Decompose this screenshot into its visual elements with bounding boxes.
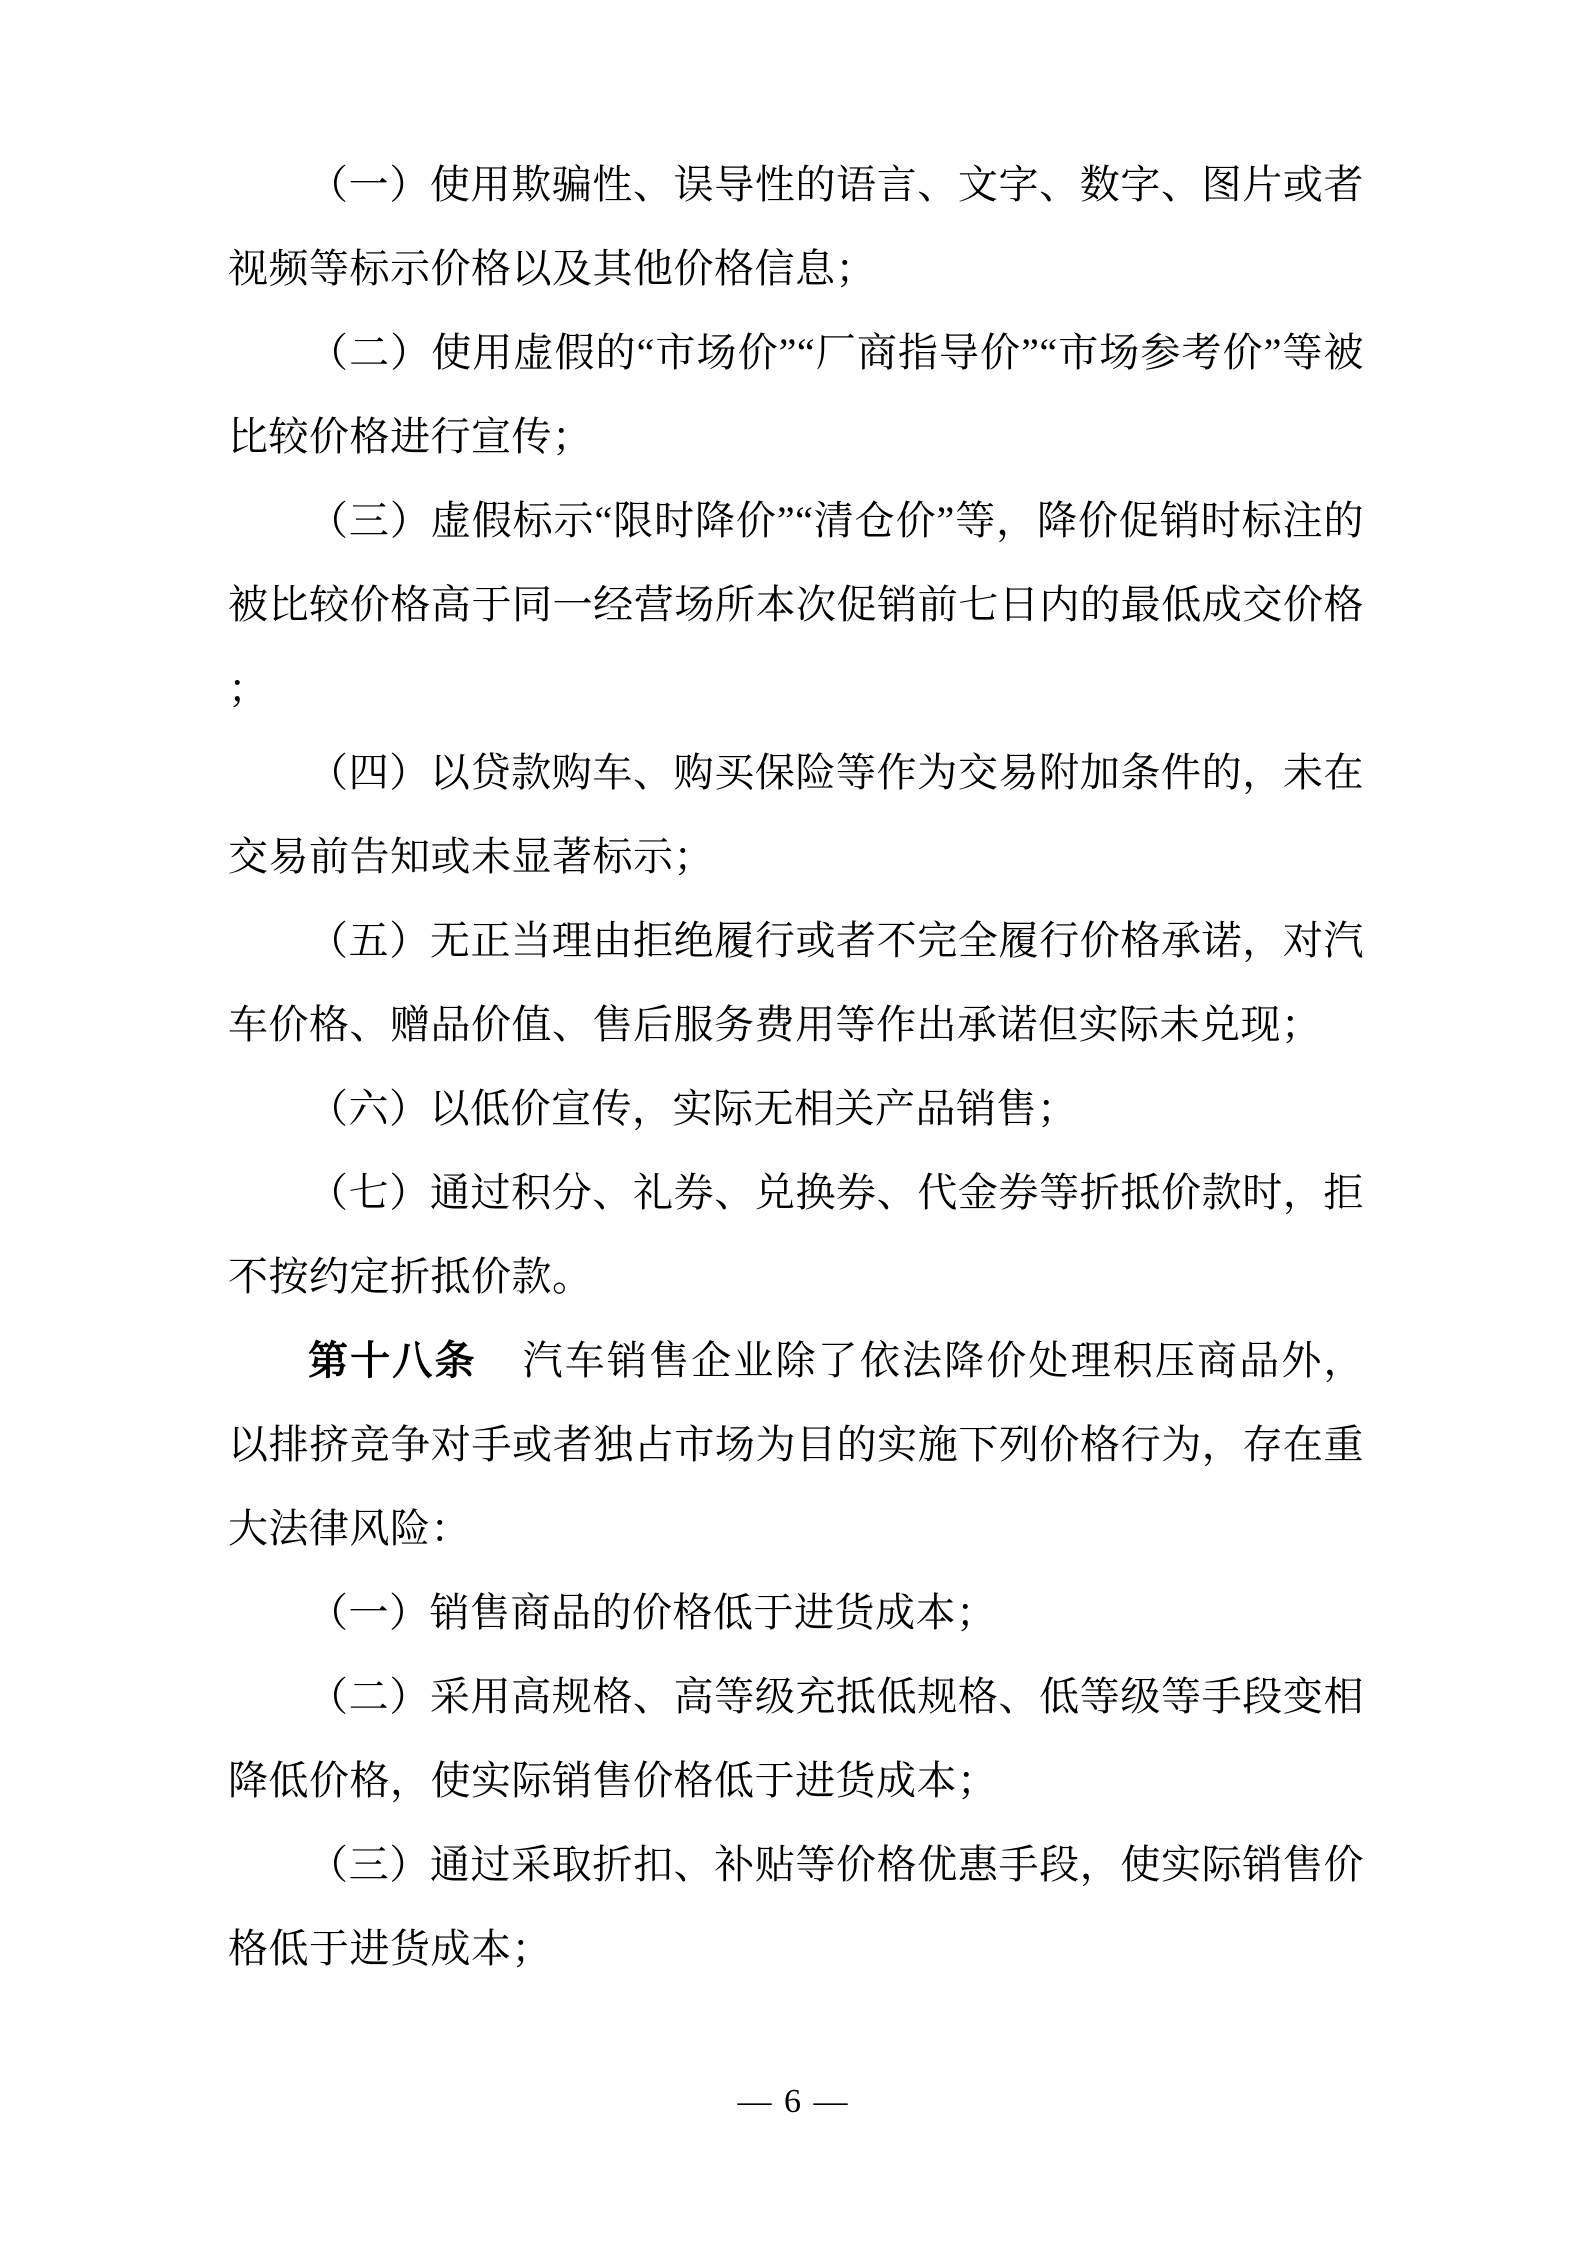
list-item-1: （一）使用欺骗性、误导性的语言、文字、数字、图片或者视频等标示价格以及其他价格信… [228, 143, 1364, 311]
list-item-6: （六）以低价宣传，实际无相关产品销售； [228, 1067, 1364, 1151]
list-item-7: （七）通过积分、礼券、兑换券、代金券等折抵价款时，拒不按约定折抵价款。 [228, 1151, 1364, 1319]
list-item-4: （四）以贷款购车、购买保险等作为交易附加条件的，未在交易前告知或未显著标示； [228, 731, 1364, 899]
list-item-3: （三）虚假标示“限时降价”“清仓价”等，降价促销时标注的被比较价格高于同一经营场… [228, 479, 1364, 731]
article-18-paragraph: 第十八条汽车销售企业除了依法降价处理积压商品外，以排挤竞争对手或者独占市场为目的… [228, 1319, 1364, 1571]
article-18-item-3: （三）通过采取折扣、补贴等价格优惠手段，使实际销售价格低于进货成本； [228, 1823, 1364, 1991]
article-18-item-1: （一）销售商品的价格低于进货成本； [228, 1571, 1364, 1655]
document-page: （一）使用欺骗性、误导性的语言、文字、数字、图片或者视频等标示价格以及其他价格信… [0, 0, 1587, 2245]
page-footer: — 6 — [0, 2078, 1587, 2126]
list-item-5: （五）无正当理由拒绝履行或者不完全履行价格承诺，对汽车价格、赠品价值、售后服务费… [228, 899, 1364, 1067]
page-number: — 6 — [738, 2083, 850, 2120]
article-18-number: 第十八条 [308, 1339, 477, 1383]
article-18-item-2: （二）采用高规格、高等级充抵低规格、低等级等手段变相降低价格，使实际销售价格低于… [228, 1655, 1364, 1823]
document-body: （一）使用欺骗性、误导性的语言、文字、数字、图片或者视频等标示价格以及其他价格信… [228, 143, 1364, 1991]
list-item-2: （二）使用虚假的“市场价”“厂商指导价”“市场参考价”等被比较价格进行宣传； [228, 311, 1364, 479]
